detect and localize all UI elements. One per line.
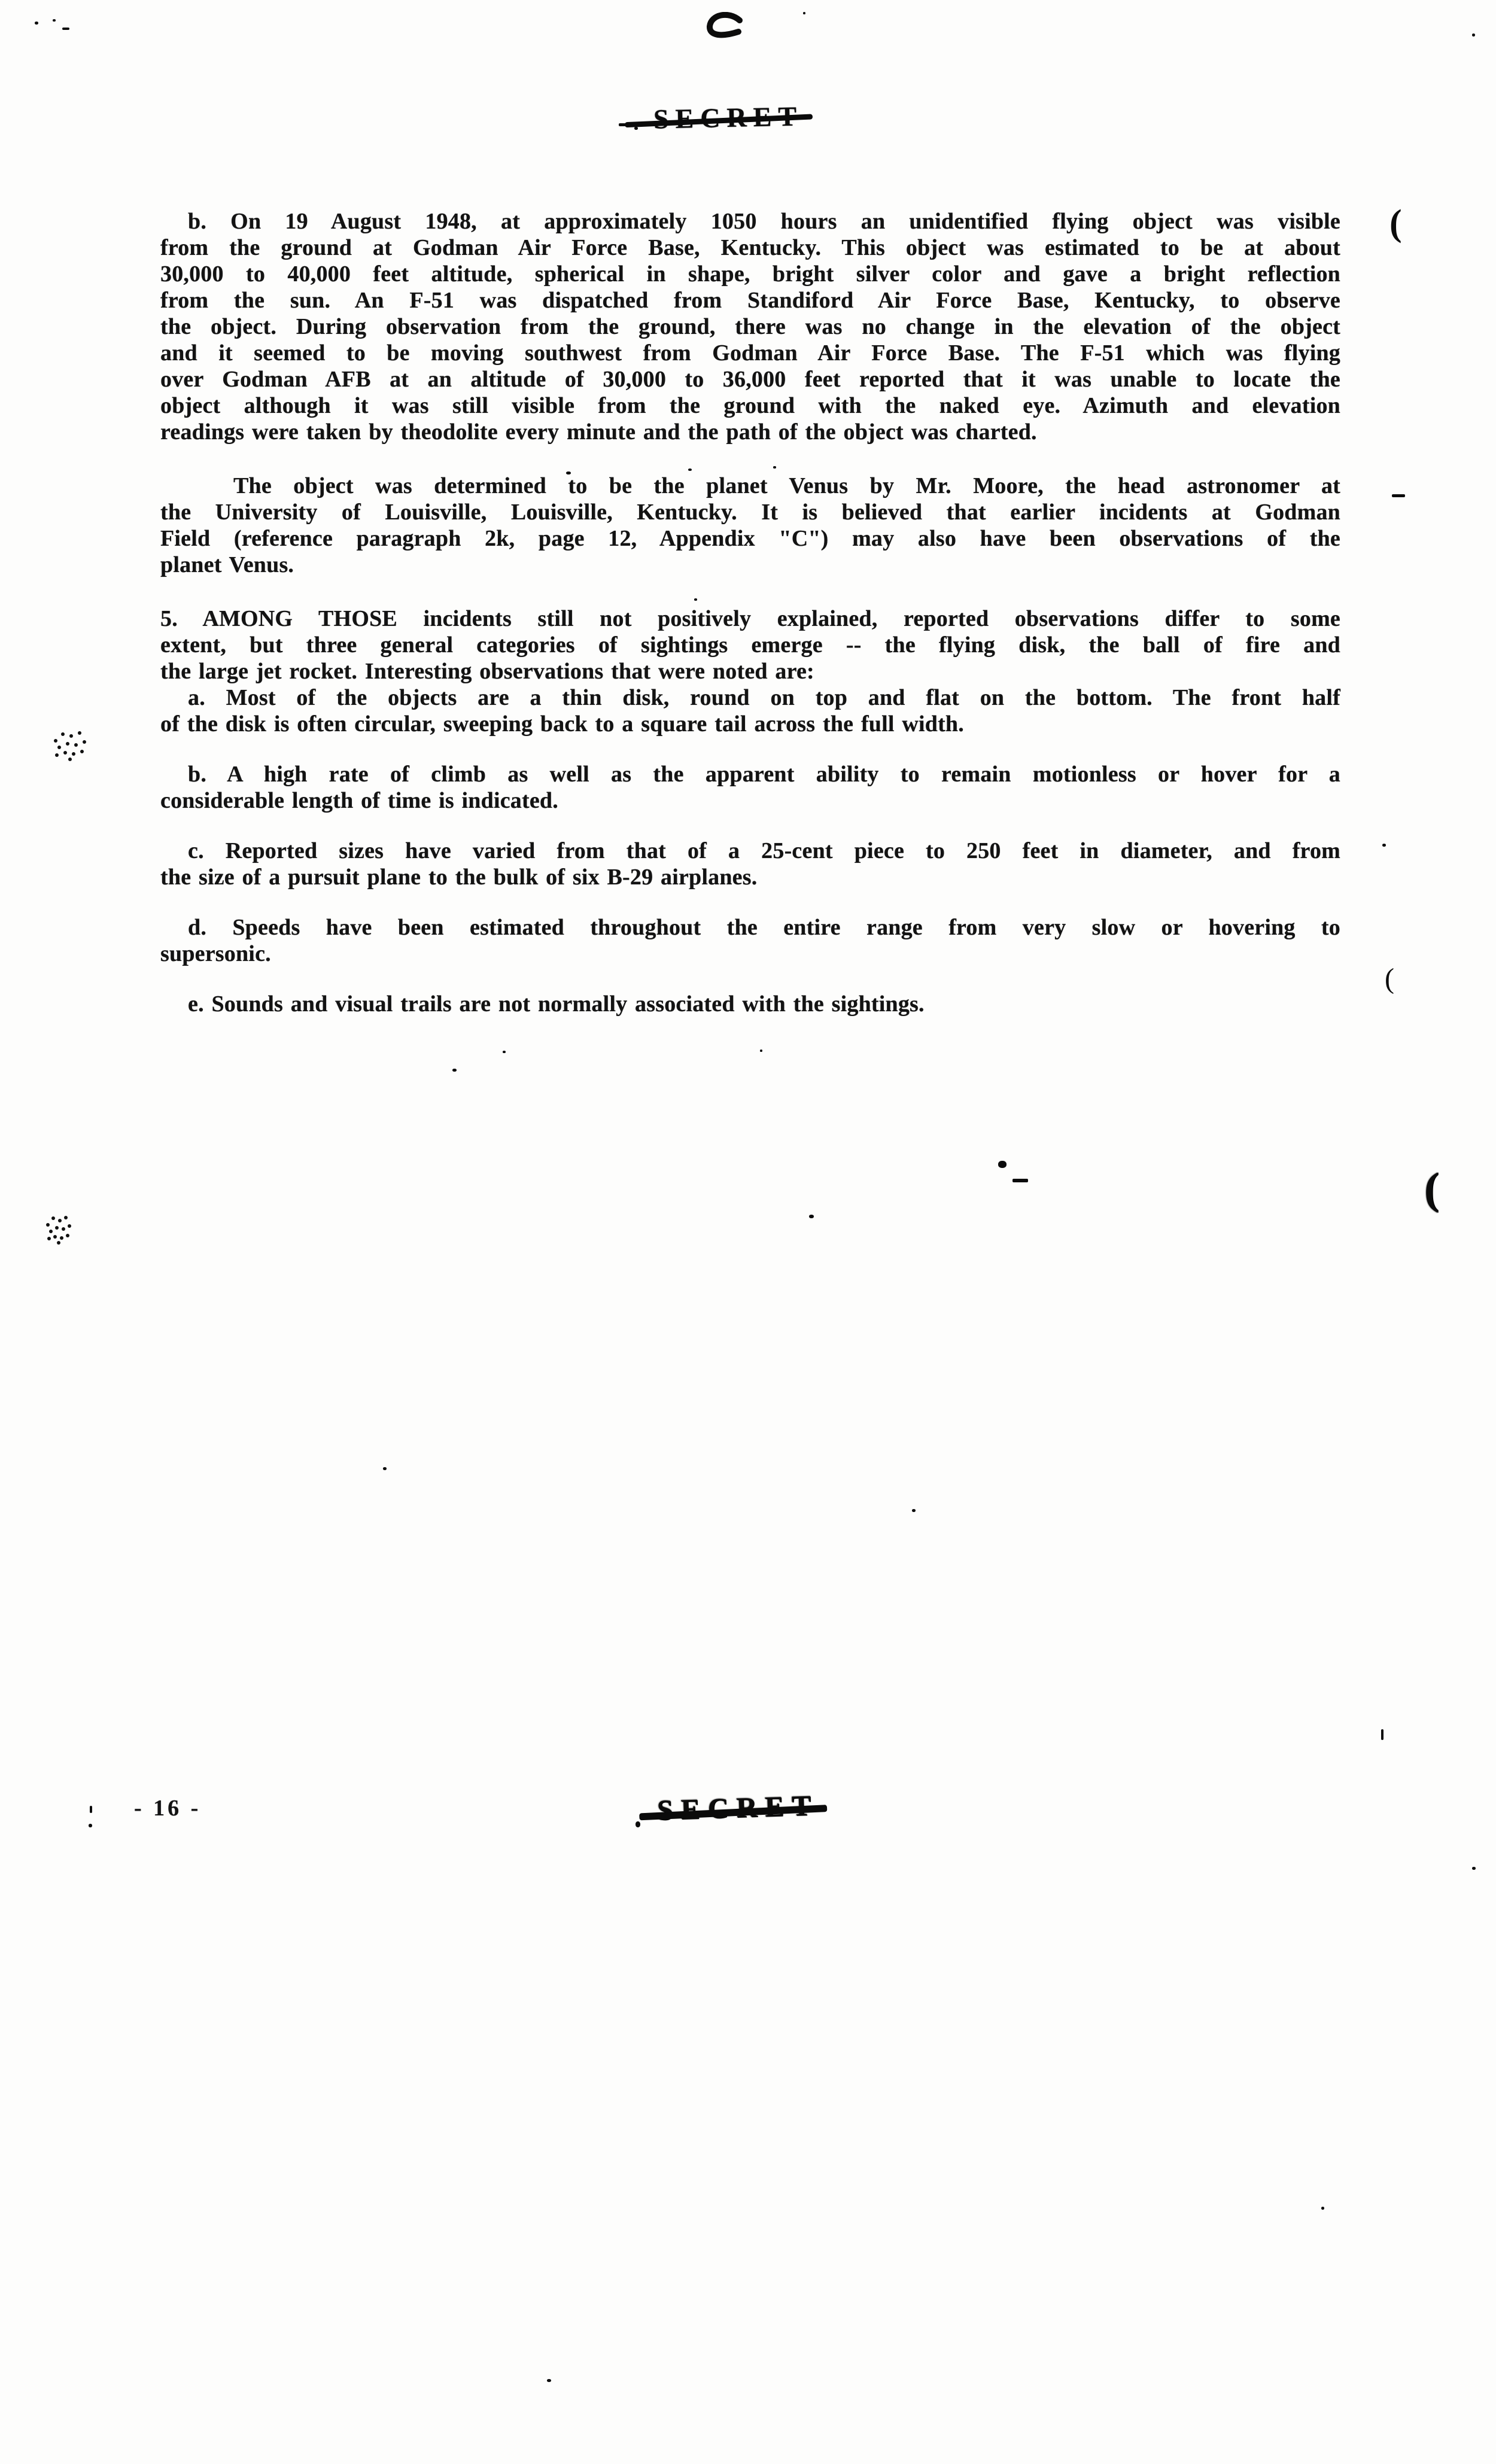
- speckle-cluster-dot: [55, 753, 59, 757]
- text-line: of the disk is often circular, sweeping …: [160, 711, 1340, 737]
- speckle-cluster-dot: [49, 1230, 53, 1233]
- speckle-cluster-dot: [68, 758, 72, 761]
- scan-dot: [809, 1215, 814, 1218]
- scan-dot: [773, 466, 776, 469]
- text-line: considerable length of time is indicated…: [160, 787, 1340, 814]
- text-line: from the ground at Godman Air Force Base…: [160, 235, 1340, 261]
- speckle-cluster-dot: [72, 752, 75, 756]
- scan-dot: [803, 12, 805, 14]
- item-e-sounds-trails: e. Sounds and visual trails are not norm…: [160, 991, 1340, 1017]
- text-line: b. On 19 August 1948, at approximately 1…: [160, 208, 1340, 235]
- speckle-cluster-dot: [46, 1223, 50, 1227]
- scan-dot: [1472, 1867, 1476, 1870]
- paragraph-4b-godman-sighting: b. On 19 August 1948, at approximately 1…: [160, 208, 1340, 445]
- text-line: supersonic.: [160, 941, 1340, 967]
- speckle-cluster-dot: [61, 732, 65, 736]
- speckle-cluster-dot: [80, 750, 84, 753]
- speckle-cluster-dot: [53, 1235, 57, 1239]
- text-line: the object. During observation from the …: [160, 314, 1340, 340]
- text-line: the University of Louisville, Louisville…: [160, 499, 1340, 525]
- secret-stamp-bottom: SECRET: [656, 1789, 819, 1827]
- speckle-cluster-dot: [69, 734, 73, 738]
- text-line: planet Venus.: [160, 552, 1340, 578]
- scan-dot: [53, 19, 56, 22]
- scan-dot: [912, 1509, 916, 1512]
- text-line: b. A high rate of climb as well as the a…: [160, 761, 1340, 787]
- margin-paren-mark: (: [1424, 1167, 1439, 1211]
- speckle-cluster-dot: [64, 1216, 68, 1219]
- scan-dot: [1382, 844, 1386, 847]
- item-c-reported-sizes: c. Reported sizes have varied from that …: [160, 838, 1340, 890]
- speckle-cluster-dot: [68, 1224, 71, 1228]
- text-line: readings were taken by theodolite every …: [160, 419, 1340, 445]
- speckle-cluster-dot: [58, 1219, 62, 1222]
- speckle-cluster-dot: [83, 740, 86, 744]
- scan-dot: [760, 1050, 762, 1052]
- scan-dash: [1392, 494, 1405, 497]
- speckle-cluster-dot: [57, 1241, 60, 1245]
- text-line: from the sun. An F-51 was dispatched fro…: [160, 287, 1340, 314]
- scan-tick: [90, 1806, 92, 1813]
- scan-dot: [89, 1824, 92, 1827]
- speckle-cluster-dot: [57, 746, 61, 749]
- scanned-document-page: SECRET b. On 19 August 1948, at approxim…: [0, 0, 1496, 2464]
- scan-dot: [35, 22, 38, 25]
- text-line: a. Most of the objects are a thin disk, …: [160, 685, 1340, 711]
- text-line: 30,000 to 40,000 feet altitude, spherica…: [160, 261, 1340, 287]
- text-line: 5. AMONG THOSE incidents still not posit…: [160, 606, 1340, 632]
- text-line: object although it was still visible fro…: [160, 393, 1340, 419]
- page-number: - 16 -: [134, 1795, 201, 1821]
- text-line: d. Speeds have been estimated throughout…: [160, 914, 1340, 941]
- scan-dot: [547, 2379, 551, 2382]
- handwritten-c-mark: [704, 12, 747, 47]
- text-line: over Godman AFB at an altitude of 30,000…: [160, 366, 1340, 393]
- paragraph-5-unexplained-categories: 5. AMONG THOSE incidents still not posit…: [160, 606, 1340, 737]
- speckle-cluster-dot: [47, 1237, 51, 1240]
- speckle-cluster-dot: [60, 1236, 63, 1240]
- scan-dot: [688, 469, 692, 471]
- text-line: c. Reported sizes have varied from that …: [160, 838, 1340, 864]
- scan-dot: [636, 1821, 640, 1827]
- speckle-cluster-dot: [78, 731, 81, 735]
- text-line: Field (reference paragraph 2k, page 12, …: [160, 525, 1340, 552]
- text-line: the large jet rocket. Interesting observ…: [160, 658, 1340, 685]
- margin-paren-mark: (: [1389, 205, 1402, 242]
- margin-paren-mark: (: [1385, 965, 1394, 993]
- scan-dot: [1321, 2207, 1324, 2210]
- paragraph-venus-determination: The object was determined to be the plan…: [160, 473, 1340, 578]
- scan-dot: [383, 1467, 387, 1470]
- text-line: and it seemed to be moving southwest fro…: [160, 340, 1340, 366]
- scan-dash: [1012, 1179, 1028, 1182]
- speckle-cluster-dot: [55, 1226, 59, 1230]
- item-b-rate-of-climb: b. A high rate of climb as well as the a…: [160, 761, 1340, 814]
- scan-tick: [1381, 1729, 1384, 1740]
- speckle-cluster-dot: [62, 1227, 65, 1231]
- scan-dot: [998, 1161, 1007, 1168]
- text-line: e. Sounds and visual trails are not norm…: [160, 991, 1340, 1017]
- secret-stamp-top: SECRET: [653, 100, 803, 135]
- scan-dot: [634, 127, 638, 130]
- scan-dot: [452, 1069, 457, 1072]
- item-d-speeds: d. Speeds have been estimated throughout…: [160, 914, 1340, 967]
- scan-dot: [566, 471, 571, 474]
- scan-dash: [619, 123, 627, 126]
- scan-dot: [296, 874, 299, 878]
- speckle-cluster-dot: [74, 743, 78, 747]
- speckle-cluster-dot: [66, 1234, 69, 1237]
- speckle-cluster-dot: [51, 1216, 55, 1220]
- text-line: The object was determined to be the plan…: [160, 473, 1340, 499]
- speckle-cluster-dot: [54, 739, 57, 743]
- text-line: extent, but three general categories of …: [160, 632, 1340, 658]
- speckle-cluster-dot: [63, 751, 67, 755]
- scan-dot: [1472, 34, 1475, 36]
- scan-dot: [694, 598, 697, 601]
- document-body: b. On 19 August 1948, at approximately 1…: [160, 208, 1340, 1017]
- scan-dash: [62, 28, 69, 30]
- speckle-cluster-dot: [66, 742, 69, 746]
- scan-dot: [503, 1051, 506, 1053]
- text-line: the size of a pursuit plane to the bulk …: [160, 864, 1340, 890]
